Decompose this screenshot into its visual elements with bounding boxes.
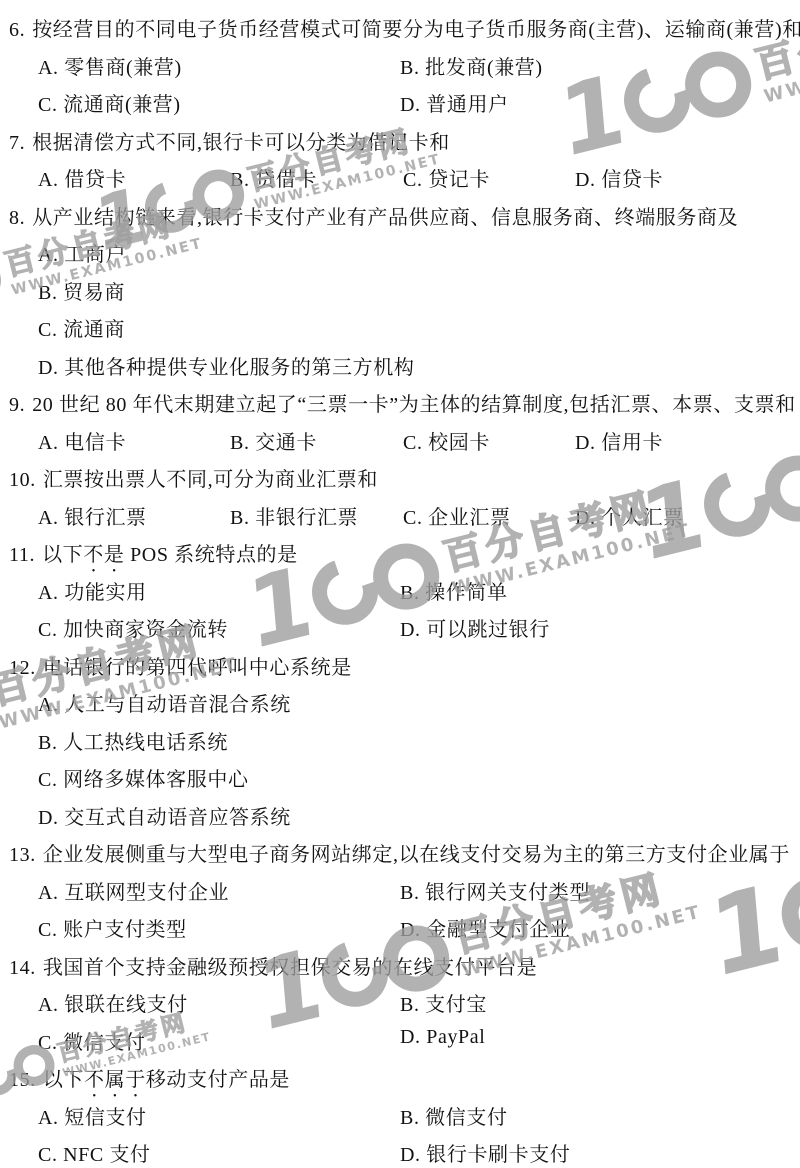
question-14-text: 14.我国首个支持金融级预授权担保交易的在线支付平台是: [0, 951, 800, 982]
question-14-number: 14.: [9, 957, 36, 979]
question-9-option-a: A. 电信卡: [38, 426, 126, 455]
question-7-option-b: B. 贷借卡: [230, 163, 317, 192]
question-9-stem: 20 世纪 80 年代末期建立起了“三票一卡”为主体的结算制度,包括汇票、本票、…: [32, 394, 796, 416]
question-14-option-b: B. 支付宝: [400, 988, 487, 1017]
question-7-option-a: A. 借贷卡: [38, 163, 126, 192]
question-13-number: 13.: [9, 844, 36, 866]
question-7-stem: 根据清偿方式不同,银行卡可以分类为借记卡和: [32, 132, 450, 154]
question-12-options-row: B. 人工热线电话系统: [0, 726, 800, 757]
question-12-options-row: D. 交互式自动语音应答系统: [0, 801, 800, 832]
question-12-option-b: B. 人工热线电话系统: [38, 726, 228, 755]
question-11-option-b: B. 操作简单: [400, 576, 508, 605]
question-6-options-row: A. 零售商(兼营)B. 批发商(兼营): [0, 51, 800, 82]
question-14-option-c: C. 微信支付: [38, 1026, 146, 1055]
question-13-option-c: C. 账户支付类型: [38, 913, 187, 942]
question-6-option-b: B. 批发商(兼营): [400, 51, 543, 80]
question-7-option-d: D. 信贷卡: [575, 163, 663, 192]
question-12-option-d: D. 交互式自动语音应答系统: [38, 801, 291, 830]
question-10-option-b: B. 非银行汇票: [230, 501, 358, 530]
question-12-option-c: C. 网络多媒体客服中心: [38, 763, 249, 792]
question-7-number: 7.: [9, 132, 25, 154]
question-10-stem: 汇票按出票人不同,可分为商业汇票和: [43, 469, 378, 491]
question-14-options-row: C. 微信支付D. PayPal: [0, 1026, 800, 1057]
question-10-option-d: D. 个人汇票: [575, 501, 684, 530]
question-12-options-row: C. 网络多媒体客服中心: [0, 763, 800, 794]
question-12-stem: 电话银行的第四代呼叫中心系统是: [43, 657, 352, 679]
question-13-stem: 企业发展侧重与大型电子商务网站绑定,以在线支付交易为主的第三方支付企业属于: [43, 844, 790, 866]
question-9-option-b: B. 交通卡: [230, 426, 317, 455]
question-11-options-row: C. 加快商家资金流转D. 可以跳过银行: [0, 613, 800, 644]
question-8-options-row: D. 其他各种提供专业化服务的第三方机构: [0, 351, 800, 382]
question-8-number: 8.: [9, 207, 25, 229]
question-8-option-c: C. 流通商: [38, 313, 125, 342]
question-6-option-a: A. 零售商(兼营): [38, 51, 182, 80]
question-8-options-row: B. 贸易商: [0, 276, 800, 307]
question-11-option-c: C. 加快商家资金流转: [38, 613, 228, 642]
question-8-option-a: A. 工商户: [38, 238, 126, 267]
question-8-text: 8.从产业结构链来看,银行卡支付产业有产品供应商、信息服务商、终端服务商及: [0, 201, 800, 232]
question-13-option-b: B. 银行网关支付类型: [400, 876, 590, 905]
emphasized-text: 不属于: [84, 1069, 146, 1091]
question-8-options-row: C. 流通商: [0, 313, 800, 344]
question-6-option-c: C. 流通商(兼营): [38, 88, 181, 117]
question-13-options-row: A. 互联网型支付企业B. 银行网关支付类型: [0, 876, 800, 907]
question-15-option-d: D. 银行卡刷卡支付: [400, 1138, 570, 1167]
question-15-stem: 以下不属于移动支付产品是: [43, 1069, 290, 1091]
question-9-options-row: A. 电信卡B. 交通卡C. 校园卡D. 信用卡: [0, 426, 800, 457]
question-11-number: 11.: [9, 544, 35, 566]
question-9-number: 9.: [9, 394, 25, 416]
question-11-options-row: A. 功能实用B. 操作简单: [0, 576, 800, 607]
question-12-text: 12.电话银行的第四代呼叫中心系统是: [0, 651, 800, 682]
question-15-options-row: A. 短信支付B. 微信支付: [0, 1101, 800, 1132]
question-13-option-d: D. 金融型支付企业: [400, 913, 570, 942]
question-12-options-row: A. 人工与自动语音混合系统: [0, 688, 800, 719]
question-15-text: 15.以下不属于移动支付产品是: [0, 1063, 800, 1094]
question-10-number: 10.: [9, 469, 36, 491]
question-15-option-a: A. 短信支付: [38, 1101, 147, 1130]
question-8-options-row: A. 工商户: [0, 238, 800, 269]
question-10-text: 10.汇票按出票人不同,可分为商业汇票和: [0, 463, 800, 494]
question-7-options-row: A. 借贷卡B. 贷借卡C. 贷记卡D. 信贷卡: [0, 163, 800, 194]
question-6-options-row: C. 流通商(兼营)D. 普通用户: [0, 88, 800, 119]
question-11-text: 11.以下不是 POS 系统特点的是: [0, 538, 800, 569]
question-10-option-c: C. 企业汇票: [403, 501, 511, 530]
question-12-number: 12.: [9, 657, 36, 679]
emphasized-text: 不是: [83, 544, 124, 566]
question-14-option-d: D. PayPal: [400, 1026, 485, 1049]
question-11-option-d: D. 可以跳过银行: [400, 613, 550, 642]
question-9-option-c: C. 校园卡: [403, 426, 490, 455]
question-11-stem: 以下不是 POS 系统特点的是: [42, 544, 298, 566]
question-13-options-row: C. 账户支付类型D. 金融型支付企业: [0, 913, 800, 944]
question-8-option-b: B. 贸易商: [38, 276, 125, 305]
question-15-number: 15.: [9, 1069, 36, 1091]
question-10-options-row: A. 银行汇票B. 非银行汇票C. 企业汇票D. 个人汇票: [0, 501, 800, 532]
question-6-option-d: D. 普通用户: [400, 88, 509, 117]
question-15-options-row: C. NFC 支付D. 银行卡刷卡支付: [0, 1138, 800, 1168]
question-10-option-a: A. 银行汇票: [38, 501, 147, 530]
question-11-option-a: A. 功能实用: [38, 576, 147, 605]
question-6-text: 6.按经营目的不同电子货币经营模式可简要分为电子货币服务商(主营)、运输商(兼营…: [0, 13, 800, 44]
question-14-options-row: A. 银联在线支付B. 支付宝: [0, 988, 800, 1019]
question-8-option-d: D. 其他各种提供专业化服务的第三方机构: [38, 351, 414, 380]
question-13-text: 13.企业发展侧重与大型电子商务网站绑定,以在线支付交易为主的第三方支付企业属于: [0, 838, 800, 869]
question-6-stem: 按经营目的不同电子货币经营模式可简要分为电子货币服务商(主营)、运输商(兼营)和: [32, 19, 800, 41]
question-9-option-d: D. 信用卡: [575, 426, 663, 455]
question-12-option-a: A. 人工与自动语音混合系统: [38, 688, 291, 717]
question-13-option-a: A. 互联网型支付企业: [38, 876, 229, 905]
question-6-number: 6.: [9, 19, 25, 41]
question-7-option-c: C. 贷记卡: [403, 163, 490, 192]
question-15-option-b: B. 微信支付: [400, 1101, 508, 1130]
question-9-text: 9.20 世纪 80 年代末期建立起了“三票一卡”为主体的结算制度,包括汇票、本…: [0, 388, 800, 419]
question-7-text: 7.根据清偿方式不同,银行卡可以分类为借记卡和: [0, 126, 800, 157]
question-8-stem: 从产业结构链来看,银行卡支付产业有产品供应商、信息服务商、终端服务商及: [32, 207, 738, 229]
question-15-option-c: C. NFC 支付: [38, 1138, 151, 1167]
question-14-option-a: A. 银联在线支付: [38, 988, 188, 1017]
exam-page: 6.按经营目的不同电子货币经营模式可简要分为电子货币服务商(主营)、运输商(兼营…: [0, 0, 800, 1168]
question-14-stem: 我国首个支持金融级预授权担保交易的在线支付平台是: [43, 957, 537, 979]
